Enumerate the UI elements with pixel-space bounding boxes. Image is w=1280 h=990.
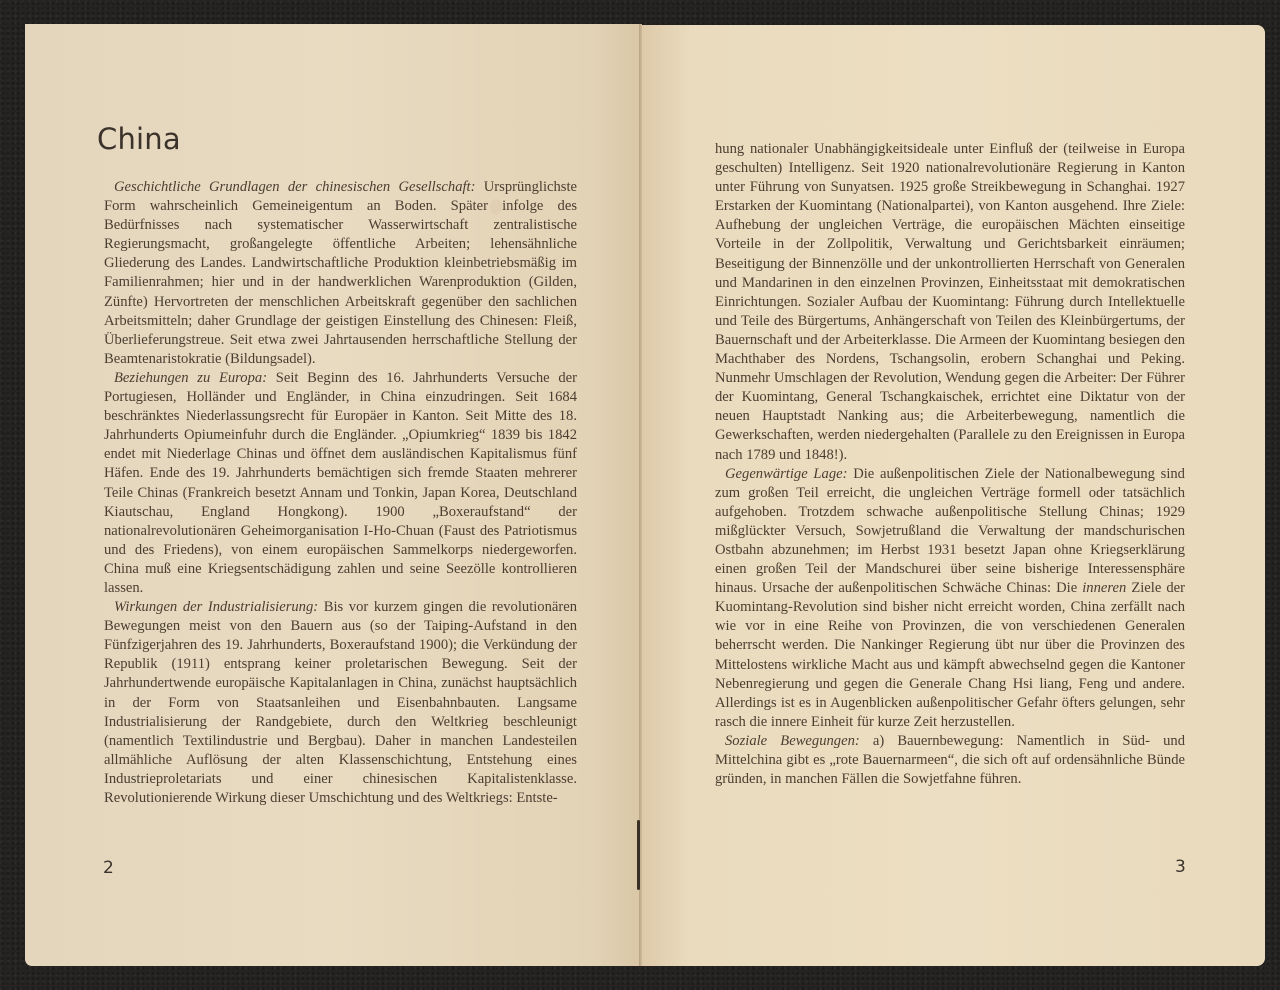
paragraph-wirkungen-der-industrialisierung: Wirkungen der Industrialisierung: Bis vo…: [104, 598, 577, 808]
paragraph-text: Ursprünglichste Form wahrscheinlich Geme…: [104, 179, 577, 367]
paragraph-text: Die außenpolitischen Ziele der Nationalb…: [715, 466, 1185, 597]
section-heading: Soziale Bewegungen:: [725, 733, 860, 749]
page-number: 2: [103, 858, 114, 878]
paragraph-text: Ziele der Kuomintang-Revolution sind bis…: [715, 580, 1185, 730]
gutter-tear: [637, 820, 640, 890]
section-heading: Geschichtliche Grundlagen der chinesisch…: [114, 179, 475, 195]
section-heading: Beziehungen zu Europa:: [114, 370, 267, 386]
left-page-body: Geschichtliche Grundlagen der chinesisch…: [104, 178, 577, 808]
paragraph-text: Seit Beginn des 16. Jahrhunderts Versuch…: [104, 370, 577, 596]
right-page-body: hung nationaler Unabhängigkeitsideale un…: [715, 140, 1185, 789]
emphasis-text: inneren: [1082, 580, 1126, 596]
section-heading: Gegenwärtige Lage:: [725, 466, 847, 482]
paragraph-text: Bis vor kurzem gingen die revolutionären…: [104, 599, 577, 806]
page-title: China: [97, 122, 181, 156]
page-number: 3: [1175, 857, 1186, 877]
section-heading: Wirkungen der Industrialisierung:: [114, 599, 318, 615]
left-page: China Geschichtliche Grundlagen der chin…: [25, 24, 640, 966]
right-page: hung nationaler Unabhängigkeitsideale un…: [640, 25, 1265, 966]
paragraph-soziale-bewegungen: Soziale Bewegungen: a) Bauernbewegung: N…: [715, 732, 1185, 789]
paragraph-continuation: hung nationaler Unabhängigkeitsideale un…: [715, 140, 1185, 465]
paper-stain: [490, 199, 502, 215]
paragraph-geschichtliche-grundlagen: Geschichtliche Grundlagen der chinesisch…: [104, 178, 577, 369]
paragraph-gegenwaertige-lage: Gegenwärtige Lage: Die außenpolitischen …: [715, 465, 1185, 732]
paragraph-beziehungen-zu-europa: Beziehungen zu Europa: Seit Beginn des 1…: [104, 369, 577, 598]
